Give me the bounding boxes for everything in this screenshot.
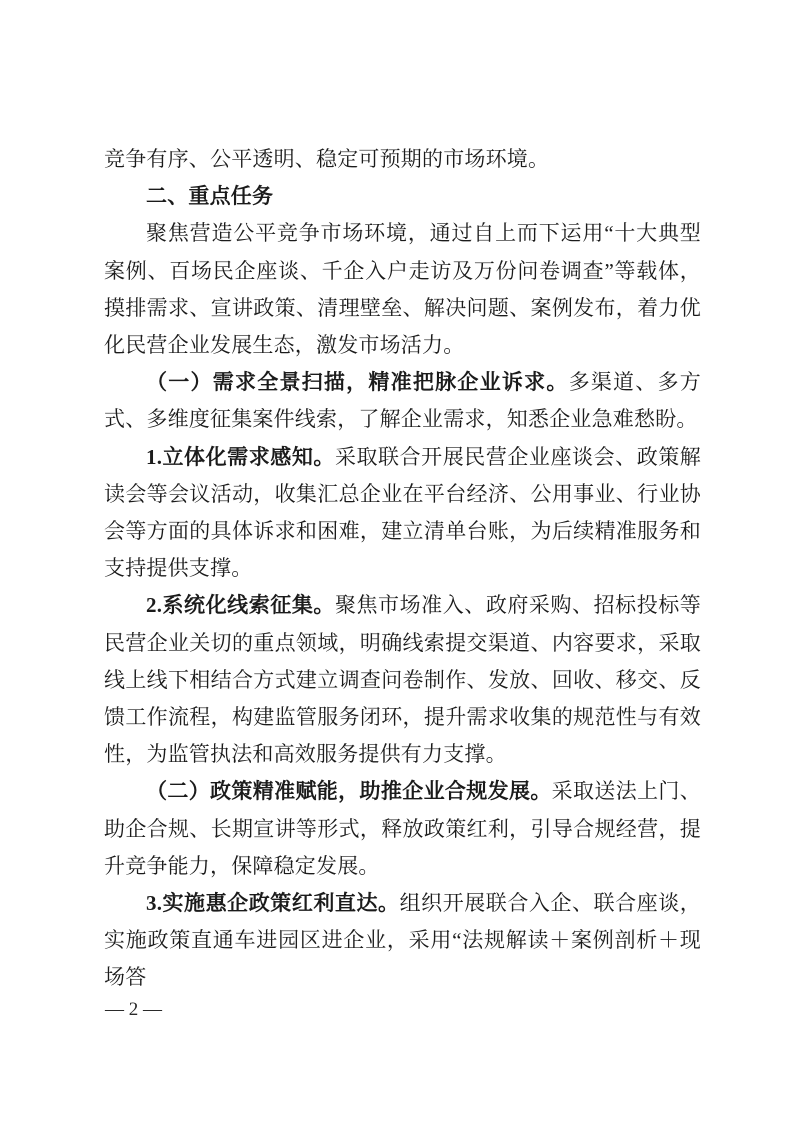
document-body: 竞争有序、公平透明、稳定可预期的市场环境。 二、重点任务 聚焦营造公平竞争市场环… xyxy=(104,141,701,997)
page-number: — 2 — xyxy=(105,997,162,1023)
paragraph-continued: 竞争有序、公平透明、稳定可预期的市场环境。 xyxy=(104,141,701,178)
section-heading-key-tasks: 二、重点任务 xyxy=(104,178,701,215)
paragraph-item-2: 2.系统化线索征集。聚焦市场准入、政府采购、招标投标等民营企业关切的重点领域，明… xyxy=(104,587,701,773)
item-2-lead: 2.系统化线索征集。 xyxy=(146,593,335,617)
paragraph-intro: 聚焦营造公平竞争市场环境，通过自上而下运用“十大典型案例、百场民企座谈、千企入户… xyxy=(104,215,701,364)
item-3-lead: 3.实施惠企政策红利直达。 xyxy=(146,891,400,915)
paragraph-subsection-1: （一）需求全景扫描，精准把脉企业诉求。多渠道、多方式、多维度征集案件线索，了解企… xyxy=(104,364,701,438)
document-page: 竞争有序、公平透明、稳定可预期的市场环境。 二、重点任务 聚焦营造公平竞争市场环… xyxy=(0,0,793,1122)
paragraph-item-1: 1.立体化需求感知。采取联合开展民营企业座谈会、政策解读会等会议活动，收集汇总企… xyxy=(104,439,701,588)
subsection-2-lead: （二）政策精准赋能，助推企业合规发展。 xyxy=(146,779,552,803)
item-1-lead: 1.立体化需求感知。 xyxy=(146,445,335,469)
paragraph-subsection-2: （二）政策精准赋能，助推企业合规发展。采取送法上门、助企合规、长期宣讲等形式，释… xyxy=(104,773,701,885)
item-2-body: 聚焦市场准入、政府采购、招标投标等民营企业关切的重点领域，明确线索提交渠道、内容… xyxy=(104,593,701,766)
paragraph-item-3: 3.实施惠企政策红利直达。组织开展联合入企、联合座谈，实施政策直通车进园区进企业… xyxy=(104,885,701,997)
subsection-1-lead: （一）需求全景扫描，精准把脉企业诉求。 xyxy=(146,370,569,394)
